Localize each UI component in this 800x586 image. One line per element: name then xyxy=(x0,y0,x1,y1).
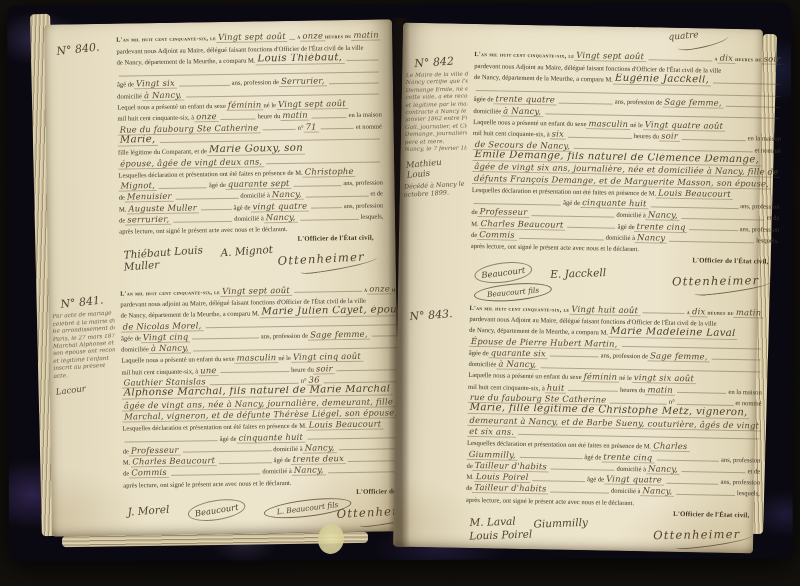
handwritten-entry: trente quatre xyxy=(493,94,557,106)
handwritten-entry: Christophe xyxy=(303,166,356,178)
signature-rows: Thiébaut LouisA. MignotMuller xyxy=(124,246,274,274)
handwritten-entry: serrurier, xyxy=(125,214,171,226)
ruled-fill-line xyxy=(300,210,359,220)
margin-note-line: Nancy, le 7 février 1862. xyxy=(405,146,467,155)
birth-record: N° 842Le Maire de la ville deNancy certi… xyxy=(402,47,751,303)
signature-row: Muller xyxy=(124,259,274,273)
handwritten-entry: cinquante huit xyxy=(236,431,305,443)
ruled-fill-line xyxy=(307,429,400,439)
book-gutter-shadow xyxy=(388,18,410,546)
handwritten-name: Marie, xyxy=(118,134,158,147)
handwritten-entry: Nancy, xyxy=(640,486,674,498)
handwritten-entry: Menuisier xyxy=(125,191,174,203)
printed-formula-text: L'an mil huit cent cinquante-six, le xyxy=(120,289,220,299)
handwritten-entry: matin xyxy=(280,110,310,121)
signature: M. Laval xyxy=(469,515,516,529)
signature: Beaucourt fils xyxy=(473,281,552,305)
ruled-fill-line xyxy=(183,443,272,453)
handwritten-entry: à Nancy, xyxy=(496,359,538,371)
birth-record: N° 840.L'an mil huit cent cinquante-six,… xyxy=(48,29,384,284)
handwritten-entry: Vingt sept août xyxy=(216,31,287,43)
handwritten-entry: 71 xyxy=(303,121,318,132)
margin-signature: Mathieu Louis xyxy=(406,156,467,181)
ruled-fill-line xyxy=(219,454,272,464)
ruled-fill-line xyxy=(201,201,232,210)
handwritten-entry: soir xyxy=(659,131,680,142)
printed-text: domicilié à xyxy=(611,488,641,497)
printed-text: domicilié à xyxy=(606,235,636,244)
handwritten-entry: onze xyxy=(194,111,219,122)
printed-text: né le xyxy=(619,375,632,383)
handwritten-entry: Vingt sept août xyxy=(220,285,292,297)
signature: E. Jacckell xyxy=(550,267,606,281)
printed-text: M. xyxy=(119,206,127,214)
ruled-fill-line xyxy=(531,207,614,218)
handwritten-entry: Nancy, xyxy=(646,210,680,222)
signature-row: J. MorelBeaucourtL. Beaucourt fils xyxy=(127,498,351,522)
printed-text: âgée de xyxy=(121,335,141,343)
printed-text: M. xyxy=(466,474,474,482)
handwritten-entry: de Nicolas Morel, xyxy=(121,320,204,332)
handwritten-entry: Mignot, xyxy=(118,180,157,192)
ruled-fill-line xyxy=(642,304,685,314)
margin-signature: Lacour xyxy=(55,381,116,398)
signature-area: L'Officier de l'État civil,Thiébaut Loui… xyxy=(119,235,384,283)
handwritten-entry: matin xyxy=(351,30,380,41)
ruled-fill-line xyxy=(328,75,379,85)
printed-formula-text: heures du xyxy=(707,309,734,318)
printed-text: âgée de xyxy=(469,350,489,358)
ruled-fill-line xyxy=(666,474,719,484)
ruled-fill-line xyxy=(610,394,667,404)
printed-text: en la maison xyxy=(348,112,381,121)
handwritten-entry: Vingt quatre xyxy=(604,474,664,486)
officer-title: L'Officier de l'État civil, xyxy=(692,258,768,266)
handwritten-entry: dix xyxy=(718,53,736,64)
printed-text: né le xyxy=(630,122,643,130)
record-number: N° 841. xyxy=(60,293,115,311)
printed-text: domicilié à xyxy=(616,212,646,221)
printed-text: et de xyxy=(370,191,383,199)
handwritten-entry: Nancy, xyxy=(292,465,326,477)
ruled-fill-line xyxy=(550,348,599,358)
signature-area: L'Officier de l'État civil,BeaucourtE. J… xyxy=(470,253,779,303)
ruled-fill-line xyxy=(293,177,341,187)
handwritten-entry: quarante six xyxy=(489,347,548,359)
record-number: N° 843. xyxy=(409,307,464,324)
ruled-fill-line xyxy=(262,121,295,131)
photo-background: N° 840.L'an mil huit cent cinquante-six,… xyxy=(0,0,800,586)
ruled-fill-line xyxy=(713,75,780,85)
handwritten-entry: une xyxy=(198,365,219,376)
record-margin: N° 841.Par acte de mariagecélébré à la m… xyxy=(52,287,118,537)
printed-text: âgé de xyxy=(274,457,291,465)
ruled-fill-line xyxy=(321,120,354,130)
ruled-fill-line xyxy=(682,131,746,141)
ruled-fill-line xyxy=(221,110,256,120)
ruled-fill-line xyxy=(568,129,632,139)
handwritten-entry: Nancy, xyxy=(264,212,298,224)
ruled-fill-line xyxy=(677,384,727,394)
birth-record: N° 841.Par acte de mariagecélébré à la m… xyxy=(52,283,388,538)
ruled-fill-line xyxy=(550,483,609,493)
right-page-content: N° 842Le Maire de la ville deNancy certi… xyxy=(393,23,763,554)
ruled-fill-line xyxy=(656,452,719,462)
printed-text: heure du xyxy=(291,366,314,374)
printed-text: et de xyxy=(748,468,761,476)
ruled-fill-line xyxy=(289,31,295,40)
ruled-fill-line xyxy=(186,86,380,98)
printed-text: M. xyxy=(123,460,131,468)
officer-title: L'Officier de l'État civil, xyxy=(673,511,749,519)
ruled-fill-line xyxy=(651,198,739,209)
printed-text: âgée de xyxy=(474,96,494,104)
record-body: L'an mil huit cent cinquante-six, le Vin… xyxy=(470,48,783,303)
ruled-fill-line xyxy=(682,463,746,473)
handwritten-entry: Vingt six xyxy=(134,78,177,90)
printed-text: âgé de xyxy=(219,435,236,443)
signature-row: Beaucourt fils xyxy=(474,283,606,303)
handwritten-entry: soir xyxy=(314,363,335,374)
handwritten-entry: féminin xyxy=(226,99,264,111)
ruled-fill-line xyxy=(311,199,342,208)
record-margin: N° 842Le Maire de la ville deNancy certi… xyxy=(402,47,469,297)
signature-rows: BeaucourtE. JacckellBeaucourt fils xyxy=(474,262,607,304)
handwritten-entry: dix xyxy=(690,306,708,317)
ruled-fill-line xyxy=(294,283,362,293)
printed-text: né le xyxy=(278,355,291,363)
handwritten-entry: Tailleur d'habits xyxy=(472,482,548,494)
ruled-fill-line xyxy=(312,109,347,119)
ruled-fill-line xyxy=(677,395,734,405)
handwritten-entry: 36 xyxy=(307,374,322,385)
printed-text: après lecture, ont signé le présent acte… xyxy=(123,480,291,491)
officer-signature: Ottenheimer xyxy=(653,526,753,547)
signature: Giummilly xyxy=(534,517,589,531)
birth-record: N° 843.L'an mil huit cent cinquante-six,… xyxy=(397,300,746,556)
officer-signature: Ottenheimer xyxy=(278,249,379,273)
ruled-fill-line xyxy=(176,190,239,200)
ruled-fill-line xyxy=(266,154,380,165)
handwritten-entry: Louis Poirel xyxy=(474,471,531,483)
handwritten-entry: masculin xyxy=(586,118,630,130)
record-number: N° 840. xyxy=(56,39,111,57)
printed-text: domicilié à xyxy=(273,446,303,454)
record-number: N° 842 xyxy=(414,54,469,71)
ruled-fill-line xyxy=(210,374,299,384)
handwritten-entry: Nancy xyxy=(635,232,667,244)
handwritten-entry: quarante sept xyxy=(226,178,292,190)
handwritten-entry: à Nancy, xyxy=(142,89,184,101)
printed-text: domiciliée xyxy=(473,108,501,117)
ruled-fill-line xyxy=(520,449,583,459)
signature-row: BeaucourtE. Jacckell xyxy=(474,262,606,285)
printed-text: après lecture, ont signé le présent acte… xyxy=(119,226,287,237)
printed-text: domicilié à xyxy=(617,466,647,475)
printed-text: domicilié à xyxy=(234,215,264,223)
ruled-fill-line xyxy=(568,382,618,392)
printed-text: M. xyxy=(471,221,479,229)
ruled-fill-line xyxy=(682,210,765,221)
printed-text: lesquels, xyxy=(756,237,779,245)
handwritten-entry: Vingt sept août xyxy=(574,50,646,62)
signature: Louis Poirel xyxy=(469,528,532,542)
handwritten-entry: Giummilly, xyxy=(467,448,518,460)
printed-text: âgé de xyxy=(617,223,634,231)
handwritten-entry: Professeur xyxy=(478,207,530,219)
printed-text: lesquels, xyxy=(361,214,384,222)
ruled-fill-line xyxy=(551,461,615,471)
handwritten-entry: Vingt quatre août xyxy=(643,119,725,132)
handwritten-entry: à Nancy, xyxy=(501,105,543,117)
printed-text: domicilié à xyxy=(240,193,270,201)
signature-area: L'Officier de l'État civil,M. LavalGiumm… xyxy=(465,507,760,557)
handwritten-entry: six xyxy=(550,129,567,140)
ruled-fill-line xyxy=(220,363,289,373)
ruled-fill-line xyxy=(567,219,615,229)
printed-text: âgé de xyxy=(233,204,250,212)
ruled-fill-line xyxy=(171,465,261,475)
handwritten-entry: épouse, âgée de vingt deux ans, xyxy=(118,156,264,169)
right-page: quatre N° 842Le Maire de la ville deNanc… xyxy=(393,23,763,554)
ruled-fill-line xyxy=(669,232,754,243)
left-page-content: N° 840.L'an mil huit cent cinquante-six,… xyxy=(44,19,400,536)
ruled-fill-line xyxy=(346,52,379,61)
ruled-fill-line xyxy=(179,77,230,87)
signature: Beaucourt xyxy=(186,495,246,524)
handwritten-entry: matin xyxy=(645,384,675,396)
ruled-fill-line xyxy=(306,188,369,198)
printed-text: domicilié à xyxy=(262,468,292,476)
margin-death-note-line: octobre 1899. xyxy=(404,188,466,199)
printed-formula-text: L'an mil huit cent cinquante-six, le xyxy=(116,35,216,45)
officer-title: L'Officier de l'État civil, xyxy=(297,235,373,243)
handwritten-entry: onze xyxy=(300,31,325,42)
signature: Muller xyxy=(123,259,159,273)
handwritten-entry: Commis xyxy=(477,229,517,241)
printed-formula-text: heures du xyxy=(735,56,762,65)
handwritten-entry: Charles xyxy=(651,441,689,453)
signature: A. Mignot xyxy=(221,244,274,260)
ruled-fill-line xyxy=(124,432,217,442)
printed-text: ans, profession xyxy=(344,202,384,211)
printed-text: lesquels, xyxy=(737,490,760,498)
printed-text: âgé de xyxy=(117,82,134,90)
ruled-fill-line xyxy=(519,229,604,240)
handwritten-entry: trente deux xyxy=(291,453,347,465)
ruled-fill-line xyxy=(690,221,738,231)
signature-rows: M. LavalGiummillyLouis Poirel xyxy=(469,516,588,544)
handwritten-entry: Professeur xyxy=(129,444,181,456)
handwritten-entry: Nancy, xyxy=(270,189,304,201)
ruled-fill-line xyxy=(159,179,207,189)
ruled-fill-line xyxy=(622,338,761,350)
printed-text: né le xyxy=(263,102,276,110)
handwritten-entry: et six ans. xyxy=(467,426,516,438)
handwritten-entry: huit xyxy=(545,382,567,393)
handwritten-entry: Nancy, xyxy=(646,463,680,475)
ruled-fill-line xyxy=(712,351,761,361)
handwritten-entry: matin xyxy=(734,307,764,319)
ruled-fill-line xyxy=(676,486,735,496)
handwritten-entry: soir xyxy=(762,54,783,65)
printed-text: domiciliée xyxy=(468,361,496,370)
record-margin: N° 840. xyxy=(48,34,114,284)
handwritten-entry: Nancy, xyxy=(303,442,337,454)
handwritten-entry: Vingt huit août xyxy=(569,303,640,315)
printed-text: domiciliée xyxy=(121,346,149,354)
handwritten-entry: féminin xyxy=(582,372,620,384)
left-page: N° 840.L'an mil huit cent cinquante-six,… xyxy=(44,19,400,536)
ruled-fill-line xyxy=(648,51,713,61)
printed-text: n° xyxy=(669,399,675,407)
ruled-fill-line xyxy=(192,330,259,340)
signature-row: Louis Poirel xyxy=(469,529,588,543)
ruled-fill-line xyxy=(474,195,562,206)
handwritten-entry: Serrurier, xyxy=(279,76,327,88)
handwritten-entry: trente cinq xyxy=(634,221,687,233)
ruled-fill-line xyxy=(533,472,586,482)
printed-formula-text: heures du xyxy=(325,33,352,41)
signature: J. Morel xyxy=(127,503,169,518)
handwritten-entry: vingt six août xyxy=(632,372,696,384)
printed-text: et de xyxy=(767,215,780,223)
handwritten-entry: Vingt cinq xyxy=(141,331,191,343)
record-body: L'an mil huit cent cinquante-six, le Vin… xyxy=(465,301,763,556)
ruled-fill-line xyxy=(726,98,780,108)
handwritten-entry: à Nancy, xyxy=(149,343,191,355)
handwritten-entry: masculin xyxy=(235,353,279,365)
officer-signature: Ottenheimer xyxy=(672,273,772,294)
ruled-fill-line xyxy=(173,212,232,222)
printed-text: domicilié xyxy=(117,93,142,101)
signature-rows: J. MorelBeaucourtL. Beaucourt fils xyxy=(127,498,351,523)
handwritten-entry: Commis xyxy=(129,467,169,479)
signature-row: Thiébaut LouisA. Mignot xyxy=(124,246,274,260)
record-body: L'an mil huit cent cinquante-six, le Vin… xyxy=(116,29,384,282)
ruled-fill-line xyxy=(559,95,613,105)
